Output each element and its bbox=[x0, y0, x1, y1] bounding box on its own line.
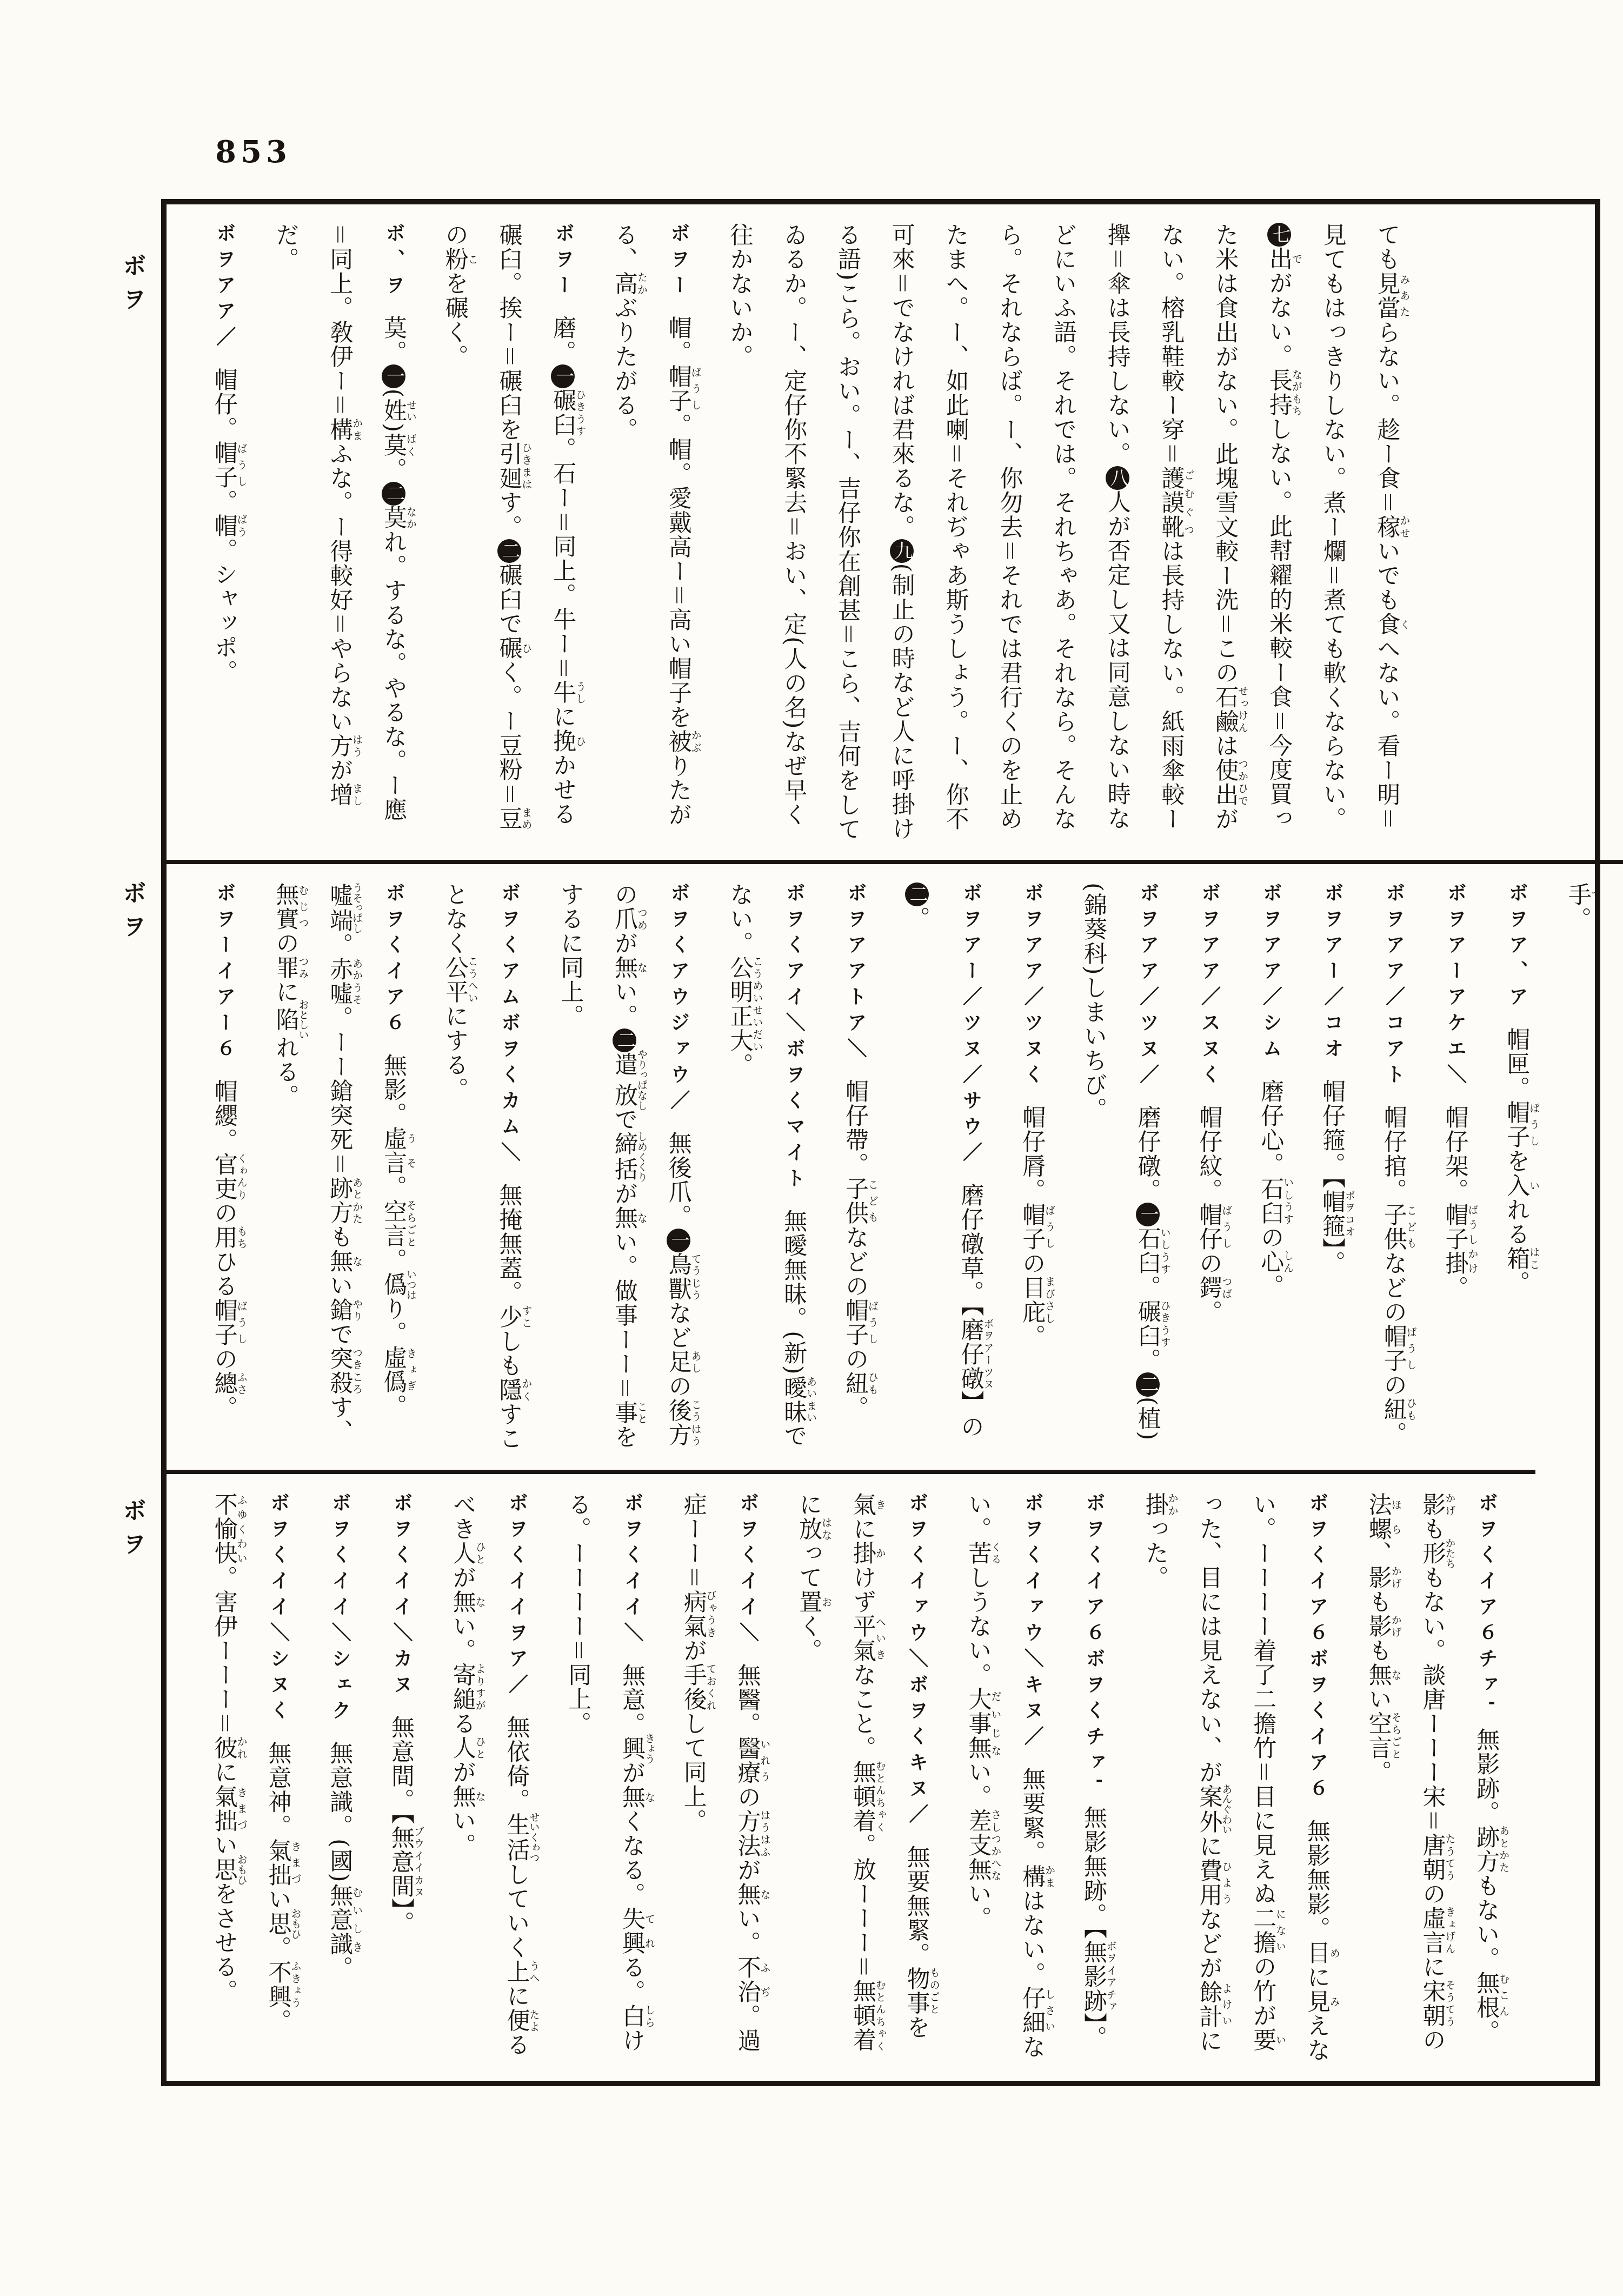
dictionary-page-frame: ても見當みあたらない。趁ー食＝稼かせいでも食くへない。看ー明＝見てもはっきりしな… bbox=[161, 199, 1600, 2086]
sense-number: 一 bbox=[551, 364, 575, 388]
entry-headword-kana: ボヲアー／ツヌ／サウ／ bbox=[960, 882, 982, 1168]
dictionary-entry: ボヲくイイヲア／無依倚。生活せいくゎつしていく上うへに便たよるべき人ひとが無ない… bbox=[435, 1492, 543, 2062]
dictionary-entry: ボヲくイイ＼シェク無意識。(國)無意識むいしき。 bbox=[312, 1492, 367, 2062]
entry-headword-kana: ボヲア、ア bbox=[1506, 882, 1528, 1012]
dictionary-entry: ボヲくイイ＼無醫。醫療いれうの方法はうはふが無ない。不治ふぢ。過症ーー＝病氣びゃ… bbox=[666, 1492, 774, 2062]
dictionary-entry: ボヲー磨。一碾臼ひきうす。石ー＝同上。牛ー＝牛うしに挽ひかせる碾臼。挨ー＝碾臼を… bbox=[428, 223, 589, 841]
entry-definition-text: 無影無跡。【無影跡ボヲイアチァ】。 bbox=[1080, 1806, 1107, 2050]
dictionary-entry: ボヲアア／コアト帽仔捾。子供こどもなどの帽子ばうしの紐ひも。 bbox=[1366, 882, 1420, 1451]
entry-headword-kana: ボヲくイア６ボヲくイア６ bbox=[1306, 1492, 1328, 1804]
dictionary-entry: ボヲアアトア＼帽仔帶。子供こどもなどの帽子ばうしの紐ひも。 bbox=[828, 882, 882, 1451]
scanned-dictionary-page: { "page": { "number": "853", "margin_lab… bbox=[0, 0, 1623, 2296]
dictionary-entry: ボヲくイア６チァ'無影跡。跡方あとかたもない。無根むこん。影かげも形かたちもない… bbox=[1351, 1492, 1513, 2062]
dictionary-entry: ボヲアア／ツヌ／磨仔礅。一石臼いしうす。碾臼ひきうす。二(植)(錦葵科)しまいち… bbox=[1066, 882, 1174, 1451]
dictionary-entry: ボヲアー／コオ帽仔箍。【帽箍ボヲコオ】。 bbox=[1305, 882, 1359, 1451]
entry-definition-text: 磨仔。碾臼ひきうす。唐臼からうす。ーー手＝碾臼の手て。 bbox=[1565, 882, 1623, 1417]
dictionary-entry: ボヲくイア６ボヲくチァ'無影無跡。【無影跡ボヲイアチァ】。 bbox=[1066, 1492, 1120, 2062]
entry-headword-kana: ボヲアア／スヌく bbox=[1199, 882, 1221, 1090]
entry-definition-text: 無意間。【無意間ブウイイカヌ】。 bbox=[388, 1715, 415, 1935]
dictionary-entry: ボヲくイァウ＼ボヲくキヌ／無要無緊。物事ものごとを氣きに掛かけず平氣へいきなこと… bbox=[782, 1492, 943, 2062]
entry-definition-text: 莫。一(姓せい)莫ばく。二莫なかれ。するな。やるな。ー應＝同上。敎伊ー＝構かまふ… bbox=[272, 223, 408, 822]
dictionary-entry: ボヲくイア６無影。虛言うそ。空言そらごと。僞いつはり。虛僞きょぎ。噓端うそっぱし… bbox=[258, 882, 420, 1451]
sense-number: 一 bbox=[1136, 1203, 1160, 1226]
dictionary-entry: ボヲアーアケエ＼帽仔架。帽子掛ばうしかけ。 bbox=[1428, 882, 1482, 1451]
dictionary-entry: ても見當みあたらない。趁ー食＝稼かせいでも食くへない。看ー明＝見てもはっきりしな… bbox=[713, 223, 1414, 841]
dictionary-entry: ボヲアア／シム磨仔心。石臼いしうすの心しん。 bbox=[1243, 882, 1298, 1451]
entry-headword-kana: ボヲアア／ツヌく bbox=[1021, 882, 1043, 1090]
entry-headword-kana: ボヲくイイ＼シヌく bbox=[268, 1492, 290, 1726]
entry-headword-kana: ボヲくイァウ＼ボヲくキヌ／ bbox=[906, 1492, 928, 1830]
sense-number: 二 bbox=[905, 882, 929, 906]
entry-definition-text: 磨。一碾臼ひきうす。石ー＝同上。牛ー＝牛うしに挽ひかせる碾臼。挨ー＝碾臼を引廻ひ… bbox=[442, 223, 577, 831]
entry-definition-text: 帽仔架。帽子掛ばうしかけ。 bbox=[1442, 1105, 1469, 1300]
entry-headword-kana: ボヲアアトア＼ bbox=[844, 882, 867, 1064]
entry-headword-kana: ボヲくイア６ bbox=[383, 882, 405, 1038]
entry-headword-kana: ボヲくイイ＼カヌ bbox=[390, 1492, 413, 1700]
dictionary-entry: ボヲくアウジァウ／無後爪。一鳥獸てうじうなど足あしの後方こうはうの爪つめが無ない… bbox=[543, 882, 705, 1451]
entry-definition-text: ても見當みあたらない。趁ー食＝稼かせいでも食くへない。看ー明＝見てもはっきりしな… bbox=[727, 223, 1401, 841]
dictionary-entry: ボヲくイイ＼シヌく無意神。氣拙きまづい思おもひ。不興ふきょう。不愉快ふゆくわい。… bbox=[197, 1492, 305, 2062]
sense-number: 二 bbox=[1136, 1372, 1160, 1396]
entry-headword-kana: ボヲくアムボヲくカム＼ bbox=[498, 882, 521, 1168]
sense-number: 八 bbox=[1106, 466, 1129, 490]
entry-definition-text: 帽。帽子ばうし。帽。愛戴高ー＝高い帽子を被かぶりたがる、高たかぶりたがる。 bbox=[611, 223, 692, 827]
dictionary-entry: ボヲくイイ＼カヌ無意間。【無意間ブウイイカヌ】。 bbox=[374, 1492, 428, 2062]
dictionary-entry: ボヲアア／スヌく帽仔紋。帽仔ばうしの鍔つば。 bbox=[1182, 882, 1236, 1451]
entry-headword-kana: ボヲくイイ＼ bbox=[621, 1492, 643, 1648]
entry-definition-text: 帽仔。帽子ばうし。帽ばう。シャッポ。 bbox=[211, 368, 238, 684]
page-number: 853 bbox=[215, 134, 291, 170]
entry-definition-text: 帽仔捾。子供こどもなどの帽子ばうしの紐ひも。 bbox=[1380, 1105, 1407, 1446]
entry-definition-text: 無影無影。目めに見みえない。ーーーー着了二擔竹＝目に見えぬ二擔にないの竹が要いっ… bbox=[1142, 1492, 1331, 2062]
entry-headword-kana: ボヲアア／コアト bbox=[1383, 882, 1405, 1090]
dictionary-entry: ボヲくアイ＼ボヲくマイト無曖無昧。(新)曖昧あいまいでない。公明正大こうめいせい… bbox=[713, 882, 821, 1451]
dictionary-entry: ボヲアー／ツヌ／サウ／磨仔礅草。【磨仔礅ボヲアーツヌ】の二。 bbox=[889, 882, 997, 1451]
entry-definition-text: 帽仔紋。帽仔ばうしの鍔つば。 bbox=[1196, 1105, 1223, 1324]
dictionary-entry: ボヲくイァウ＼キヌ／無要緊。構かまはない。仔細しさいない。苦くるしうない。大事無… bbox=[951, 1492, 1059, 2062]
dictionary-entry: ボ、ヲ莫。一(姓せい)莫ばく。二莫なかれ。するな。やるな。ー應＝同上。敎伊ー＝構… bbox=[258, 223, 420, 841]
entry-headword-kana: ボヲアア／シム bbox=[1260, 882, 1282, 1064]
entry-definition-text: 帽仔箍。【帽箍ボヲコオ】。 bbox=[1319, 1079, 1346, 1275]
entry-headword-kana: ボヲーイアー６ bbox=[214, 882, 236, 1064]
dictionary-band-bottom: ボヲくイア６チァ'無影跡。跡方あとかたもない。無根むこん。影かげも形かたちもない… bbox=[167, 1470, 1535, 2081]
dictionary-entry: ボヲーイアー６帽纓。官吏くゎんりの用もちひる帽子ばうしの總ふさ。 bbox=[197, 882, 251, 1451]
dictionary-entry: ボヲくイイ＼無意。興きょうが無なくなる。失興てれる。白しらける。ーーーー＝同上。 bbox=[551, 1492, 659, 2062]
dictionary-band-middle: ボヲアー／磨仔。碾臼ひきうす。唐臼からうす。ーー手＝碾臼の手て。ボヲア、ア帽匣。… bbox=[167, 860, 1623, 1470]
sense-number: 九 bbox=[890, 539, 914, 563]
entry-definition-text: 帽匣。帽子ばうしを入いれる箱はこ。 bbox=[1503, 1027, 1530, 1295]
entry-headword-kana: ボヲー bbox=[668, 223, 690, 301]
entry-headword-kana: ボヲくイア６ボヲくチァ' bbox=[1083, 1492, 1105, 1790]
sense-number: 二 bbox=[497, 539, 521, 563]
entry-headword-kana: ボヲー bbox=[552, 223, 574, 301]
sense-number: 二 bbox=[613, 1028, 636, 1052]
dictionary-band-top: ても見當みあたらない。趁ー食＝稼かせいでも食くへない。看ー明＝見てもはっきりしな… bbox=[167, 204, 1436, 860]
margin-index-label-band1: ボヲ bbox=[115, 253, 149, 320]
entry-definition-text: 帽仔脣。帽子ばうしの目庇まびさし。 bbox=[1019, 1105, 1046, 1349]
sense-number: 一 bbox=[667, 1229, 690, 1252]
entry-headword-kana: ボヲくアウジァウ／ bbox=[668, 882, 690, 1116]
entry-headword-kana: ボヲくイイ＼ bbox=[737, 1492, 759, 1648]
entry-headword-kana: ボヲアア／ bbox=[214, 223, 236, 353]
entry-headword-kana: ボヲアーアケエ＼ bbox=[1445, 882, 1467, 1090]
entry-headword-kana: ボヲくイイヲア／ bbox=[506, 1492, 528, 1700]
entry-definition-text: 帽纓。官吏くゎんりの用もちひる帽子ばうしの總ふさ。 bbox=[211, 1079, 238, 1420]
sense-number: 七 bbox=[1267, 223, 1291, 247]
dictionary-entry: ボヲアア／ツヌく帽仔脣。帽子ばうしの目庇まびさし。 bbox=[1005, 882, 1059, 1451]
entry-headword-kana: ボ、ヲ bbox=[383, 223, 405, 301]
dictionary-entry: ボヲア、ア帽匣。帽子ばうしを入いれる箱はこ。 bbox=[1489, 882, 1544, 1451]
margin-index-label-band3: ボヲ bbox=[115, 1498, 149, 1565]
entry-headword-kana: ボヲくイァウ＼キヌ／ bbox=[1021, 1492, 1043, 1752]
dictionary-entry: ボヲー帽。帽子ばうし。帽。愛戴高ー＝高い帽子を被かぶりたがる、高たかぶりたがる。 bbox=[597, 223, 705, 841]
entry-definition-text: 無意識。(國)無意識むいしき。 bbox=[326, 1741, 353, 1981]
dictionary-entry: ボヲアア／帽仔。帽子ばうし。帽ばう。シャッポ。 bbox=[197, 223, 251, 841]
entry-headword-kana: ボヲアー／コオ bbox=[1321, 882, 1343, 1064]
dictionary-entry: ボヲくイア６ボヲくイア６無影無影。目めに見みえない。ーーーー着了二擔竹＝目に見え… bbox=[1128, 1492, 1343, 2062]
entry-headword-kana: ボヲくイイ＼シェク bbox=[329, 1492, 351, 1726]
dictionary-entry: ボヲアー／磨仔。碾臼ひきうす。唐臼からうす。ーー手＝碾臼の手て。 bbox=[1551, 882, 1623, 1451]
entry-definition-text: 帽仔帶。子供こどもなどの帽子ばうしの紐ひも。 bbox=[842, 1079, 869, 1420]
dictionary-entry: ボヲくアムボヲくカム＼無掩無蓋。少すこしも隱かくすことなく公平こうへいにする。 bbox=[428, 882, 536, 1451]
sense-number: 一 bbox=[382, 364, 405, 388]
entry-headword-kana: ボヲくアイ＼ボヲくマイト bbox=[783, 882, 805, 1194]
entry-definition-text: 磨仔心。石臼いしうすの心しん。 bbox=[1257, 1079, 1284, 1298]
entry-headword-kana: ボヲくイア６チァ' bbox=[1475, 1492, 1498, 1713]
margin-index-label-band2: ボヲ bbox=[115, 880, 149, 947]
entry-headword-kana: ボヲアア／ツヌ／ bbox=[1137, 882, 1159, 1090]
sense-number: 二 bbox=[382, 482, 405, 506]
